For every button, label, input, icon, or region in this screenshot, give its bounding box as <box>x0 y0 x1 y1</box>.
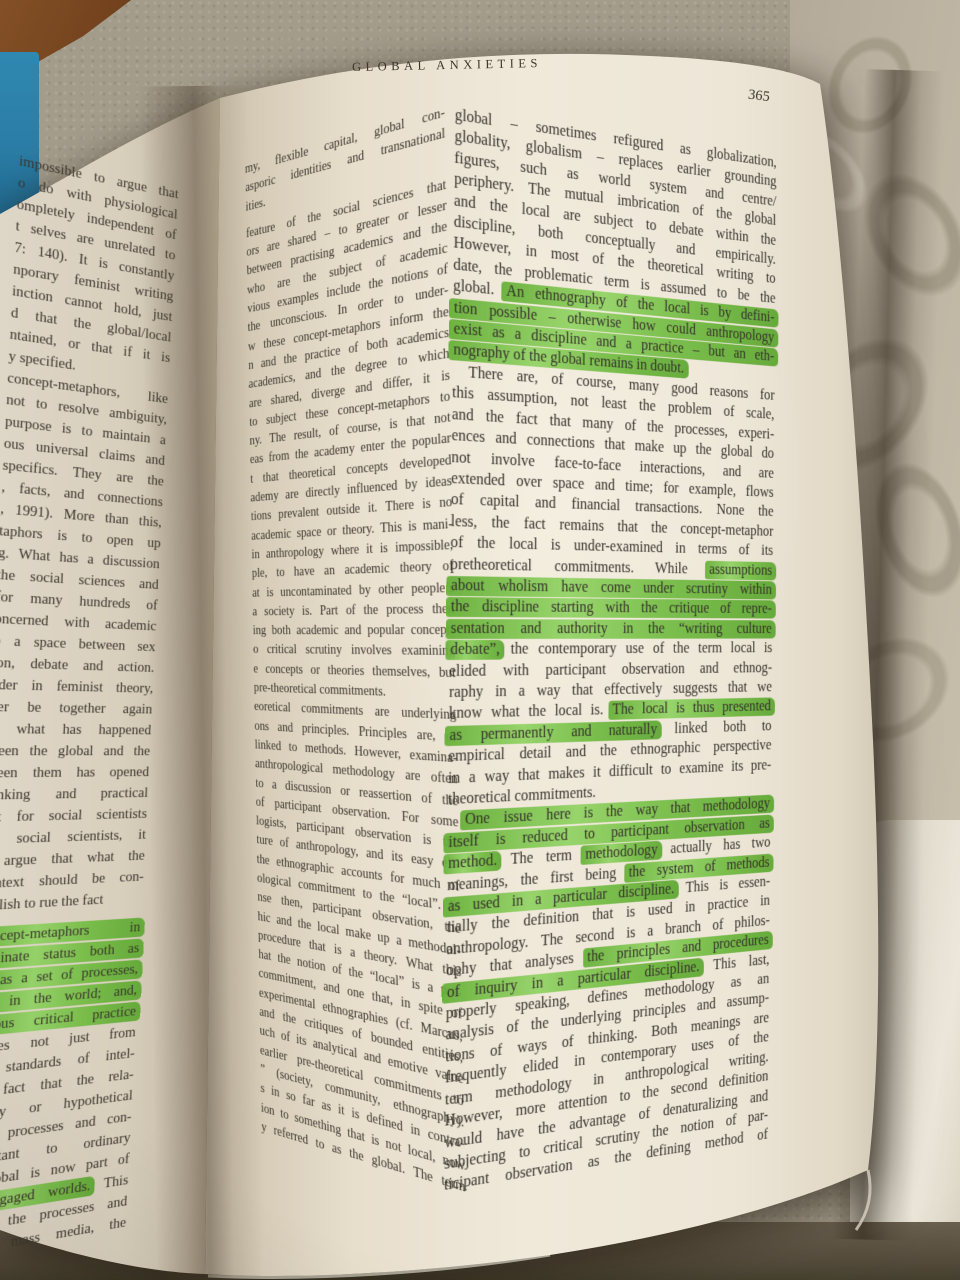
text-segment: ust for social scientists <box>0 805 147 825</box>
text-line: a society is. Part of the process then <box>252 599 454 622</box>
text-line: ver be together again <box>0 696 153 720</box>
text-segment: p a space between sex <box>0 632 156 655</box>
text-segment: o critical scrutiny involves examining <box>253 643 455 660</box>
right-page-right-column: global – sometimes refigured as globaliz… <box>444 105 777 1197</box>
text-line: the discipline starting with the critiqu… <box>450 596 773 619</box>
text-segment: the contemporary use of the term local i… <box>501 640 773 657</box>
highlighted-text: debate”, <box>445 640 504 660</box>
text-line: ween the global and the <box>0 740 151 762</box>
text-segment: is what has happened <box>0 720 152 738</box>
text-segment: e concepts or theories themselves, but <box>253 662 455 681</box>
text-segment: ing both academic and popular concept- <box>253 622 455 638</box>
highlighted-text: assumptions <box>705 560 776 580</box>
page-stack-edge <box>856 1170 870 1230</box>
text-segment: pretheoretical commitments. While <box>450 556 708 577</box>
text-segment: ween them has opened <box>0 764 149 782</box>
text-segment: ities. <box>246 195 266 214</box>
text-segment: pre-theoretical commitments. <box>254 680 386 699</box>
highlighted-text: sentation and authority in the “writing … <box>446 619 776 639</box>
text-segment: ween the global and the <box>0 742 151 759</box>
text-segment: a society is. Part of the process then <box>252 601 454 619</box>
text-line: nder in feminist theory, <box>0 674 154 699</box>
text-segment: nder in feminist theory, <box>0 676 154 697</box>
highlighted-text: the discipline starting with the critiqu… <box>446 597 776 619</box>
text-segment: linked both to <box>658 718 772 737</box>
text-line: ing both academic and popular concept- <box>253 620 455 641</box>
text-segment: hinking and practical <box>0 785 148 804</box>
text-line: is what has happened <box>0 718 152 741</box>
text-line: sentation and authority in the “writing … <box>450 618 773 639</box>
text-segment: ion, debate and action. <box>0 654 155 676</box>
photo-of-open-book: impossible to argue thato do with physio… <box>0 0 960 1280</box>
text-segment: at is uncontaminated by other people’s <box>252 580 454 600</box>
text-line: debate”, the contemporary use of the ter… <box>449 639 772 661</box>
right-page-left-column: my, flexible capital, global con-asporic… <box>245 103 466 1199</box>
text-line: ween them has opened <box>0 762 150 785</box>
text-segment: ver be together again <box>0 698 153 717</box>
text-segment: know what the local is. <box>449 702 612 722</box>
text-segment: As social scientists, it <box>0 826 146 848</box>
text-segment: foolish to rue the fact <box>0 891 104 914</box>
page-number: 365 <box>747 87 771 107</box>
text-segment: elided with participant observation and … <box>449 660 772 680</box>
text-segment: global. <box>453 278 505 300</box>
